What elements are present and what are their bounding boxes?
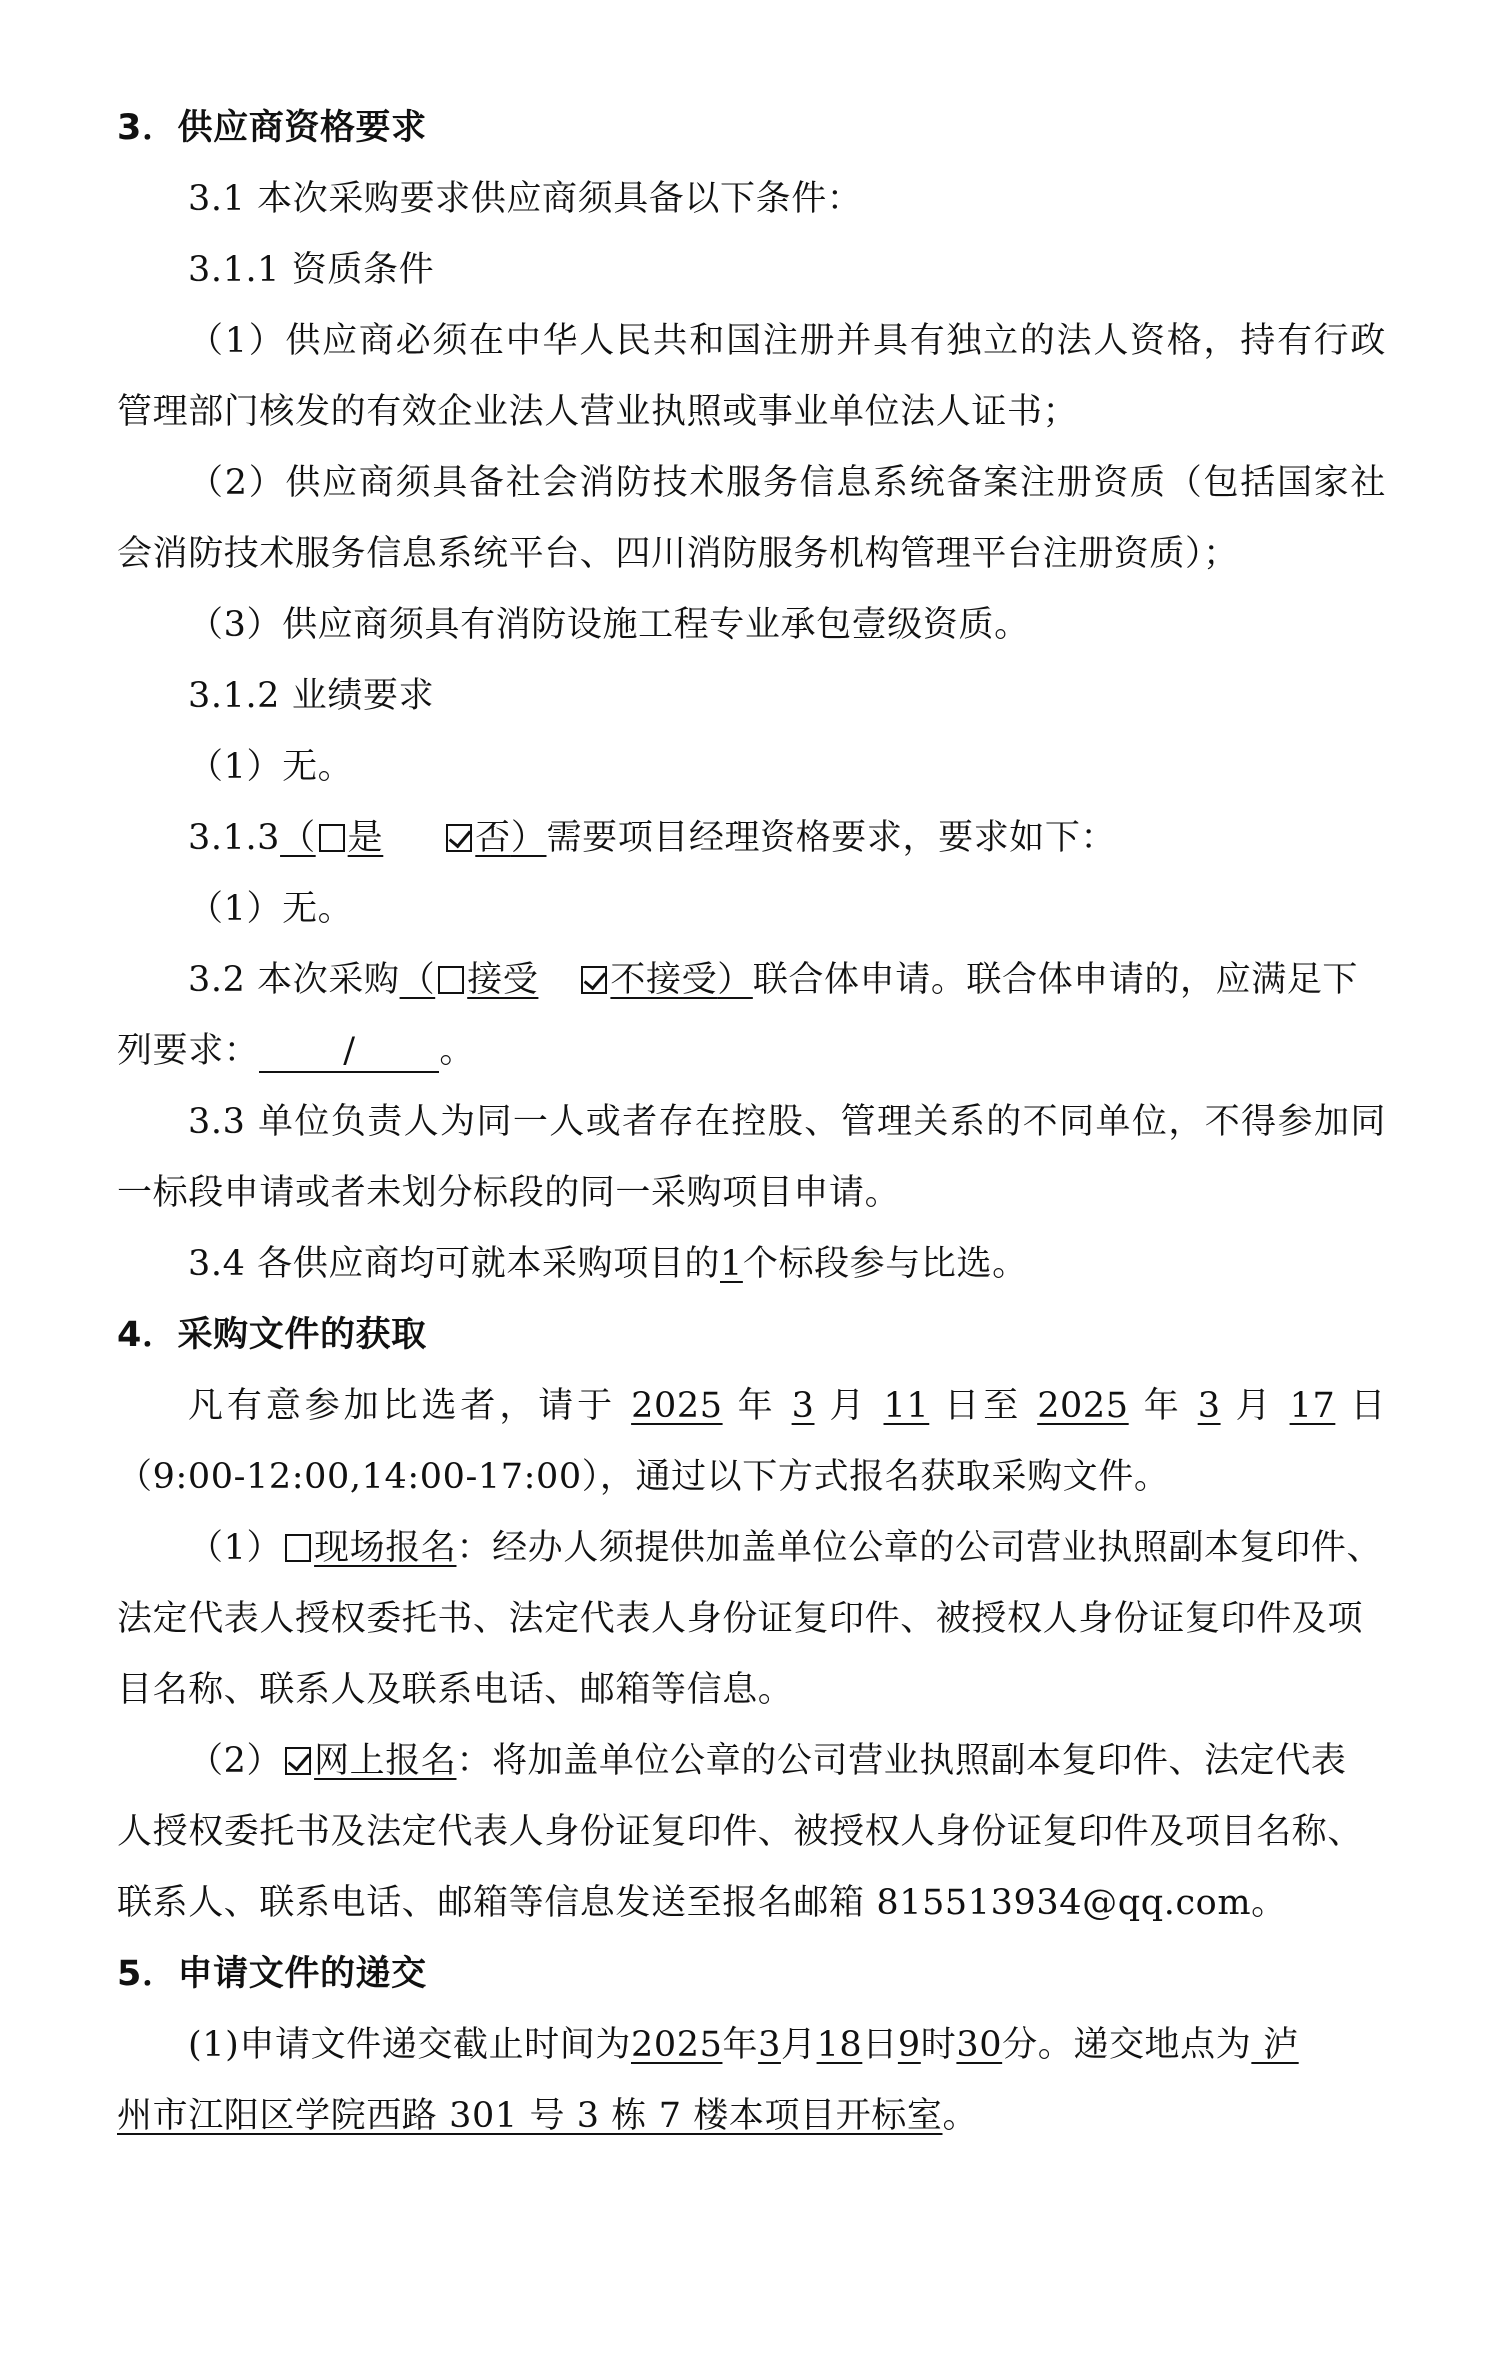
onsite-registration-line3: 目名称、联系人及联系电话、邮箱等信息。 [117, 1655, 1387, 1726]
clause-3-1-3-text: 需要项目经理资格要求，要求如下： [547, 818, 1117, 858]
registration-email[interactable]: 815513934@qq.com [876, 1883, 1251, 1923]
checkbox-onsite[interactable] [285, 1534, 311, 1562]
clause-3-4: 3.4 各供应商均可就本采购项目的1个标段参与比选。 [188, 1229, 1458, 1300]
consortium-requirement-blank: / [259, 1031, 439, 1073]
qualification-3: （3）供应商须具有消防设施工程专业承包壹级资质。 [188, 590, 1458, 661]
online-registration-option[interactable]: 网上报名 [282, 1741, 456, 1781]
lot-count: 1 [720, 1244, 743, 1284]
option-no-label: 否 [475, 818, 511, 858]
end-day: 17 [1290, 1386, 1336, 1426]
clause-3-1-3: 3.1.3（是否）需要项目经理资格要求，要求如下： [188, 803, 1458, 874]
start-month: 3 [792, 1386, 815, 1426]
submission-location-part2: 州市江阳区学院西路 301 号 3 栋 7 楼本项目开标室 [117, 2096, 943, 2136]
clause-3-1: 3.1 本次采购要求供应商须具备以下条件： [188, 164, 1458, 235]
checkbox-accept[interactable] [438, 966, 464, 994]
clause-3-1-1: 3.1.1 资质条件 [188, 235, 1458, 306]
online-registration-line1: （2）网上报名：将加盖单位公章的公司营业执照副本复印件、法定代表 [188, 1726, 1458, 1797]
submission-deadline-line2: 州市江阳区学院西路 301 号 3 栋 7 楼本项目开标室。 [117, 2081, 1387, 2152]
qualification-2-line2: 会消防技术服务信息系统平台、四川消防服务机构管理平台注册资质）； [117, 519, 1387, 590]
deadline-year: 2025 [631, 2025, 722, 2065]
pm-item-1: （1）无。 [188, 874, 1458, 945]
option-reject-label: 不接受 [610, 960, 717, 1000]
section-3-heading: 3．供应商资格要求 [117, 93, 1387, 164]
end-month: 3 [1198, 1386, 1221, 1426]
deadline-hour: 9 [898, 2025, 921, 2065]
checkbox-yes[interactable] [319, 824, 345, 852]
clause-3-3-line1: 3.3 单位负责人为同一人或者存在控股、管理关系的不同单位，不得参加同 [188, 1087, 1386, 1158]
document-page: 3．供应商资格要求 3.1 本次采购要求供应商须具备以下条件： 3.1.1 资质… [0, 0, 1500, 2363]
online-registration-line3: 联系人、联系电话、邮箱等信息发送至报名邮箱 815513934@qq.com。 [117, 1868, 1387, 1939]
qualification-1-line2: 管理部门核发的有效企业法人营业执照或事业单位法人证书； [117, 377, 1387, 448]
submission-deadline-line1: (1)申请文件递交截止时间为2025年3月18日9时30分。递交地点为 泸 [188, 2010, 1458, 2081]
start-year: 2025 [631, 1386, 722, 1426]
onsite-registration-line1: （1）现场报名：经办人须提供加盖单位公章的公司营业执照副本复印件、 [188, 1513, 1458, 1584]
clause-3-1-2: 3.1.2 业绩要求 [188, 661, 1458, 732]
end-year: 2025 [1037, 1386, 1128, 1426]
online-registration-line2: 人授权委托书及法定代表人身份证复印件、被授权人身份证复印件及项目名称、 [117, 1797, 1387, 1868]
section-5-heading: 5．申请文件的递交 [117, 1939, 1387, 2010]
acquisition-hours: （9:00-12:00,14:00-17:00），通过以下方式报名获取采购文件。 [117, 1442, 1387, 1513]
deadline-minute: 30 [956, 2025, 1002, 2065]
option-accept-label: 接受 [467, 960, 538, 1000]
deadline-month: 3 [758, 2025, 781, 2065]
qualification-2-line1: （2）供应商须具备社会消防技术服务信息系统备案注册资质（包括国家社 [188, 448, 1386, 519]
clause-3-2-line2: 列要求：/。 [117, 1016, 1387, 1087]
acquisition-period: 凡有意参加比选者，请于 2025 年 3 月 11 日至 2025 年 3 月 … [188, 1371, 1386, 1442]
submission-location-part1: 泸 [1251, 2025, 1298, 2065]
onsite-registration-option[interactable]: 现场报名 [282, 1528, 456, 1568]
consortium-options: （接受不接受） [400, 960, 753, 1000]
performance-item-1: （1）无。 [188, 732, 1458, 803]
checkbox-no-checked[interactable] [446, 824, 472, 852]
onsite-registration-line2: 法定代表人授权委托书、法定代表人身份证复印件、被授权人身份证复印件及项 [117, 1584, 1387, 1655]
checkbox-reject-checked[interactable] [581, 966, 607, 994]
deadline-day: 18 [817, 2025, 863, 2065]
clause-3-3-line2: 一标段申请或者未划分标段的同一采购项目申请。 [117, 1158, 1387, 1229]
clause-3-1-3-number: 3.1.3 [188, 818, 280, 858]
section-4-heading: 4．采购文件的获取 [117, 1300, 1387, 1371]
option-yes-label: 是 [348, 818, 384, 858]
start-day: 11 [884, 1386, 930, 1426]
checkbox-online-checked[interactable] [285, 1747, 311, 1775]
qualification-1-line1: （1）供应商必须在中华人民共和国注册并具有独立的法人资格，持有行政 [188, 306, 1386, 377]
pm-requirement-options: （是否） [280, 818, 546, 858]
clause-3-2: 3.2 本次采购（接受不接受）联合体申请。联合体申请的，应满足下 [188, 945, 1458, 1016]
